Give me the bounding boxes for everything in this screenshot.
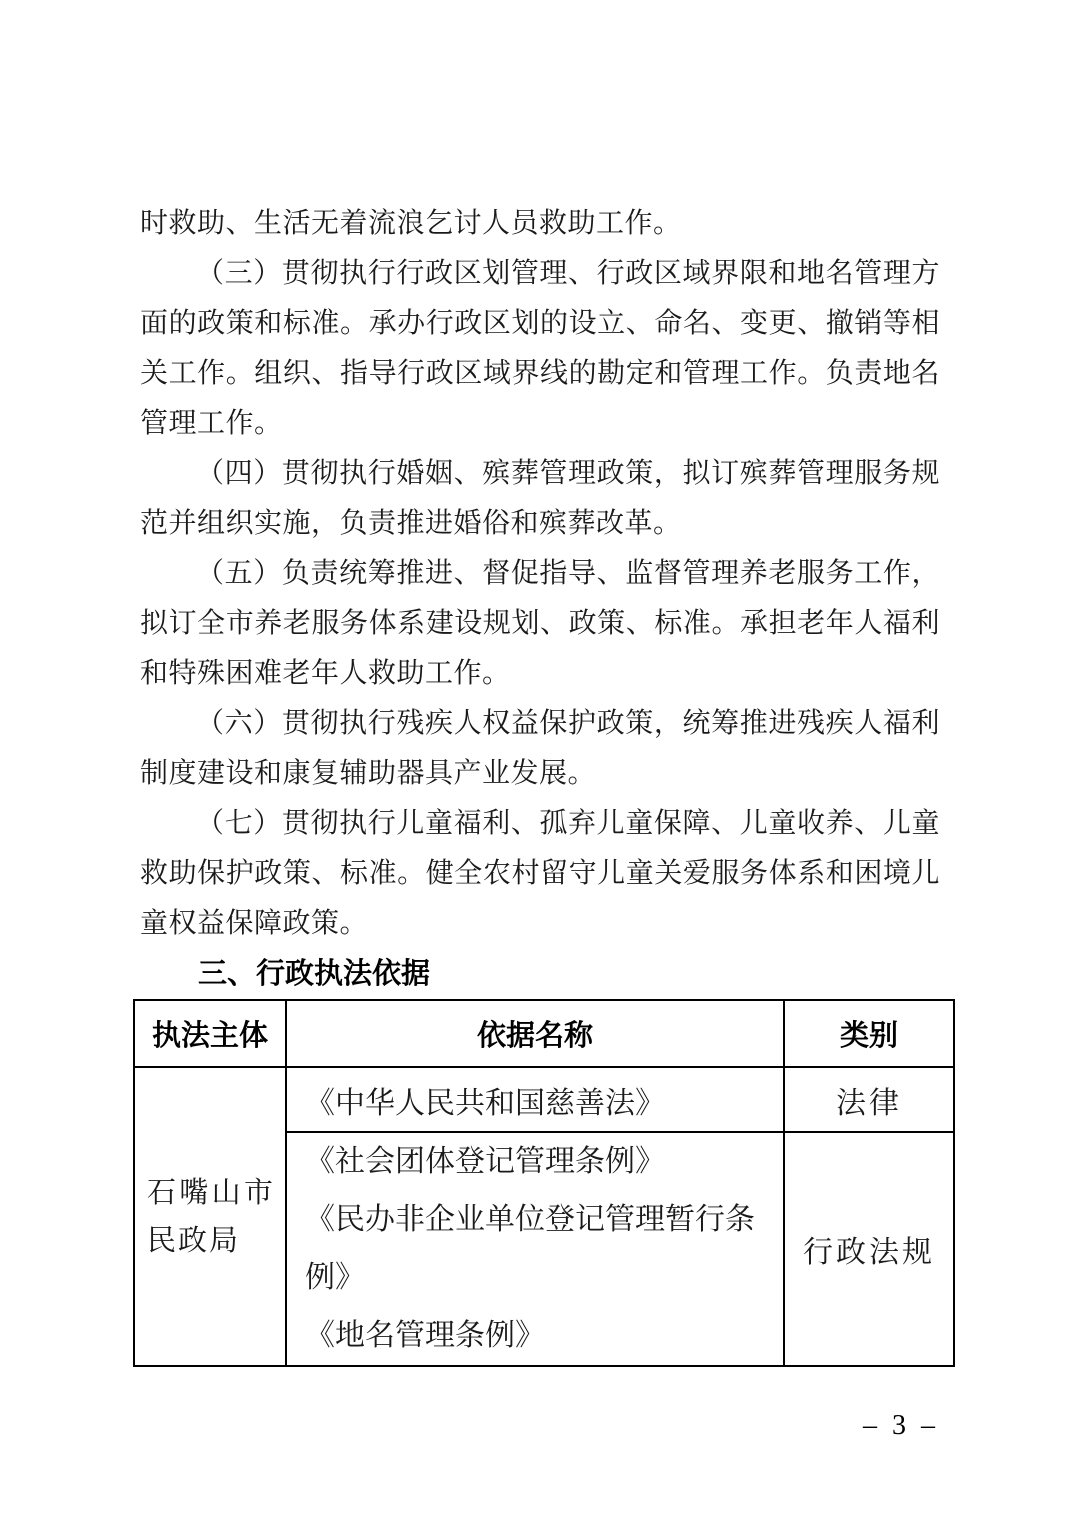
header-category: 类别 <box>784 1000 954 1067</box>
agency-cell: 石嘴山市 民政局 <box>134 1067 286 1366</box>
body-line: 和特殊困难老年人救助工作。 <box>140 649 940 699</box>
basis-line: 《地名管理条例》 <box>305 1307 783 1365</box>
body-line: 关工作。组织、指导行政区域界线的勘定和管理工作。负责地名 <box>140 349 940 399</box>
body-line: 童权益保障政策。 <box>140 899 940 949</box>
body-line: （六）贯彻执行残疾人权益保护政策，统筹推进残疾人福利 <box>140 699 940 749</box>
table-header-row: 执法主体 依据名称 类别 <box>134 1000 954 1067</box>
document-page: 时救助、生活无着流浪乞讨人员救助工作。 （三）贯彻执行行政区划管理、行政区域界限… <box>0 0 1074 1520</box>
body-line: （四）贯彻执行婚姻、殡葬管理政策，拟订殡葬管理服务规 <box>140 449 940 499</box>
basis-name-cell: 《中华人民共和国慈善法》 <box>286 1067 784 1132</box>
header-basis-name: 依据名称 <box>286 1000 784 1067</box>
body-line: 拟订全市养老服务体系建设规划、政策、标准。承担老年人福利 <box>140 599 940 649</box>
basis-name-cell: 《社会团体登记管理条例》 《民办非企业单位登记管理暂行条例》 《地名管理条例》 <box>286 1132 784 1366</box>
body-line: 面的政策和标准。承办行政区划的设立、命名、变更、撤销等相 <box>140 299 940 349</box>
agency-name-line2: 民政局 <box>147 1217 273 1265</box>
body-line: 制度建设和康复辅助器具产业发展。 <box>140 749 940 799</box>
body-line: 救助保护政策、标准。健全农村留守儿童关爱服务体系和困境儿 <box>140 849 940 899</box>
legal-basis-table: 执法主体 依据名称 类别 石嘴山市 民政局 《中华人民共和国慈善法》 法律 《社… <box>133 999 955 1367</box>
category-cell: 法律 <box>784 1067 954 1132</box>
agency-name-line1: 石嘴山市 <box>147 1169 273 1217</box>
basis-line: 《民办非企业单位登记管理暂行条例》 <box>305 1191 783 1307</box>
document-body: 时救助、生活无着流浪乞讨人员救助工作。 （三）贯彻执行行政区划管理、行政区域界限… <box>140 199 940 1367</box>
body-line: 范并组织实施，负责推进婚俗和殡葬改革。 <box>140 499 940 549</box>
table-row: 石嘴山市 民政局 《中华人民共和国慈善法》 法律 <box>134 1067 954 1132</box>
body-line: （五）负责统筹推进、督促指导、监督管理养老服务工作， <box>140 549 940 599</box>
section-heading: 三、行政执法依据 <box>140 949 940 999</box>
header-enforcement-subject: 执法主体 <box>134 1000 286 1067</box>
body-line: 管理工作。 <box>140 399 940 449</box>
category-cell: 行政法规 <box>784 1132 954 1366</box>
body-line: （七）贯彻执行儿童福利、孤弃儿童保障、儿童收养、儿童 <box>140 799 940 849</box>
basis-line: 《社会团体登记管理条例》 <box>305 1133 783 1191</box>
page-number: – 3 – <box>858 1410 944 1442</box>
body-line: 时救助、生活无着流浪乞讨人员救助工作。 <box>140 199 940 249</box>
body-line: （三）贯彻执行行政区划管理、行政区域界限和地名管理方 <box>140 249 940 299</box>
